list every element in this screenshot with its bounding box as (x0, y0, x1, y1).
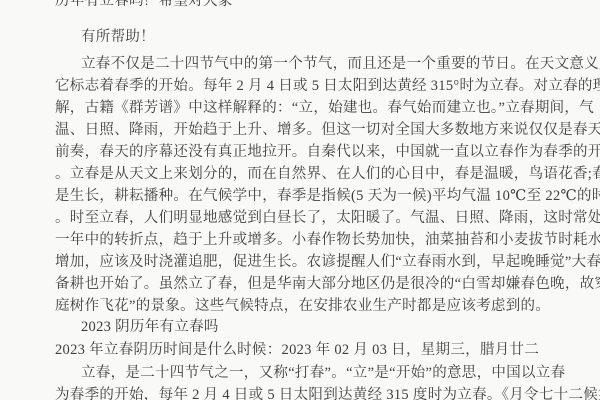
text-line: 庭树作飞花”的景象。这些气候特点，在安排农业生产时都是应该考虑到的。 (55, 295, 555, 317)
text-line: 立春不仅是二十四节气中的第一个节气，而且还是一个重要的节日。在天文意义上 (55, 53, 555, 75)
text-line: 。立春是从天文上来划分的，而在自然界、在人们的心目中，春是温暖，鸟语花香;春 (55, 163, 555, 185)
text-line: 温、日照、降雨，开始趋于上升、增多。但这一切对全国大多数地方来说仅仅是春天的 (55, 119, 555, 141)
document-page: 历年有立春吗？希望对大家 有所帮助！ 立春不仅是二十四节气中的第一个节气，而且还… (0, 0, 600, 400)
intro-text-line: 有所帮助！ (55, 26, 581, 48)
text-line: 一年中的转折点，趋于上升或增多。小春作物长势加快，油菜抽苔和小麦拔节时耗水量 (55, 229, 555, 251)
text-line: 备耕也开始了。虽然立了春，但是华南大部分地区仍是很冷的“白雪却嫌春色晚，故穿 (55, 273, 555, 295)
text-line: 是生长，耕耘播种。在气候学中，春季是指候(5 天为一候)平均气温 10℃至 22… (55, 185, 555, 207)
text-line: 解，古籍《群芳谱》中这样解释的：“立，始建也。春气始而建立也。”立春期间，气 (55, 97, 555, 119)
paragraph-secondary: 立春，是二十四节气之一，又称“打春”。“立”是“开始”的意思，中国以立春 为春季… (55, 362, 555, 400)
text-line: 增加，应该及时浇灌追肥，促进生长。农谚提醒人们“立春雨水到，早起晚睡觉”大春 (55, 251, 555, 273)
text-line: 为春季的开始，每年 2 月 4 日或 5 日太阳到达黄经 315 度时为立春。《… (55, 384, 555, 400)
scanned-text-layer: 历年有立春吗？希望对大家 有所帮助！ 立春不仅是二十四节气中的第一个节气，而且还… (0, 0, 600, 400)
text-line: 前奏，春天的序幕还没有真正地拉开。自秦代以来，中国就一直以立春作为春季的开始 (55, 141, 555, 163)
paragraph-main: 立春不仅是二十四节气中的第一个节气，而且还是一个重要的节日。在天文意义上 它标志… (55, 53, 555, 317)
text-line: 立春，是二十四节气之一，又称“打春”。“立”是“开始”的意思，中国以立春 (55, 362, 555, 384)
text-line: 。时至立春，人们明显地感觉到白昼长了，太阳暖了。气温、日照、降雨，这时常处于 (55, 207, 555, 229)
clipped-top-text-line: 历年有立春吗？希望对大家 (55, 0, 555, 12)
date-text-line: 2023 年立春阴历时间是什么时候：2023 年 02 月 03 日，星期三，腊… (55, 339, 555, 361)
section-heading: 2023 阴历年有立春吗 (55, 316, 581, 338)
text-line: 它标志着春季的开始。每年 2 月 4 日或 5 日太阳到达黄经 315°时为立春… (55, 75, 555, 97)
